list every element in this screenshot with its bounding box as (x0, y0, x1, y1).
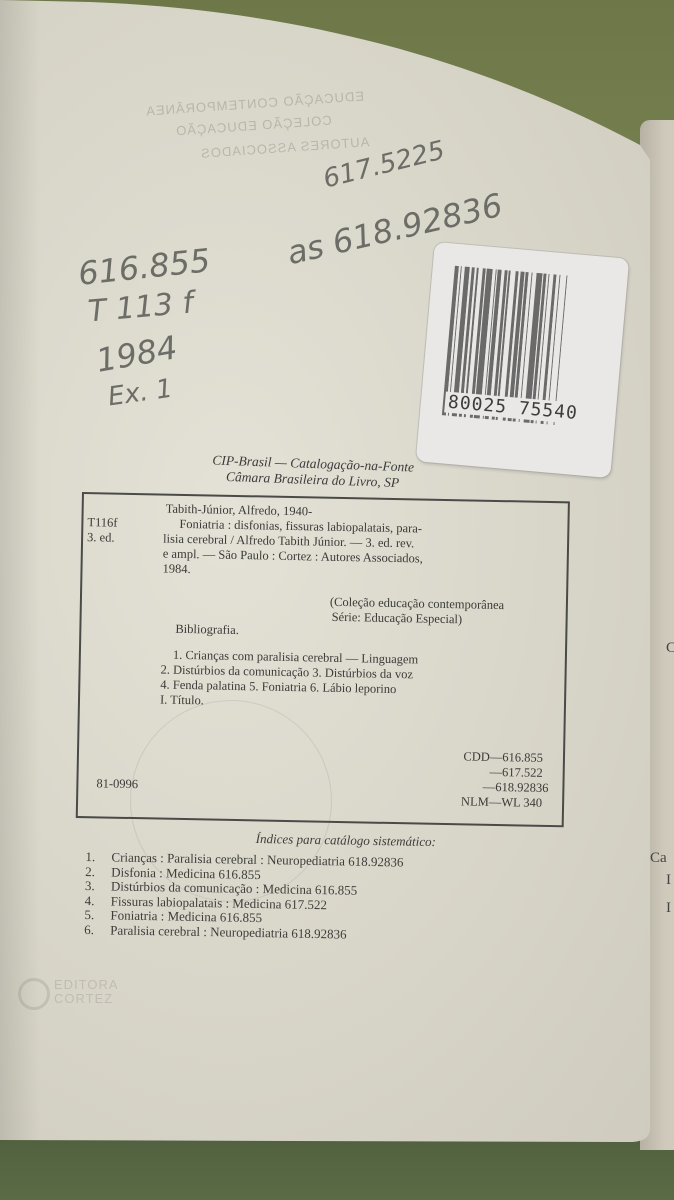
publisher-logo-icon (18, 978, 50, 1010)
card-classification: —617.522 (489, 765, 542, 781)
card-subject-line: I. Título. (160, 693, 204, 709)
card-call-number: T116f (87, 515, 117, 531)
cip-header: CIP-Brasil — Catalogação-na-Fonte Câmara… (212, 452, 415, 491)
index-number: 5. (84, 908, 110, 923)
next-page-glyph: Ca (650, 850, 667, 867)
card-number: 81-0996 (96, 776, 138, 792)
barcode-sticker: 80025 75540 (416, 242, 629, 478)
index-number: 6. (84, 922, 110, 937)
index-number: 1. (85, 850, 111, 865)
bleed-through-text: COLEÇÃO EDUCAÇÃO (175, 113, 333, 139)
bleed-through-text: AUTORES ASSOCIADOS (200, 134, 370, 161)
index-title: Índices para catálogo sistemático: (126, 829, 566, 853)
index-text: Paralisia cerebral : Neuropediatria 618.… (110, 923, 347, 942)
card-classification: CDD—616.855 (463, 749, 543, 766)
next-page-glyph: I (666, 872, 671, 889)
publisher-word: EDITORA (54, 978, 119, 992)
card-body-line: 1984. (162, 562, 190, 578)
publisher-word: CORTEZ (54, 992, 119, 1006)
handwritten-copy-number: Ex. 1 (106, 374, 174, 413)
card-classification: —618.92836 (483, 780, 549, 796)
page-gutter-shadow (0, 0, 40, 1142)
next-page-glyph: C (666, 640, 674, 657)
card-series: Série: Educação Especial) (331, 610, 462, 628)
next-page-glyph: I (666, 900, 671, 917)
handwritten-cutter-number: T 113 f (87, 285, 195, 329)
card-bibliography: Bibliografia. (175, 622, 239, 638)
systematic-index: Índices para catálogo sistemático: 1. Cr… (84, 828, 566, 945)
card-edition: 3. ed. (87, 530, 115, 546)
card-classification: NLM—WL 340 (461, 794, 542, 811)
catalog-card: Tabith-Júnior, Alfredo, 1940- T116f 3. e… (76, 492, 570, 827)
bleed-through-text: EDUCAÇÃO CONTEMPORÂNEA (145, 88, 365, 118)
index-number: 3. (85, 879, 111, 894)
handwritten-class-number: 616.855 (76, 241, 212, 293)
handwritten-year: 1984 (93, 328, 180, 380)
book-page: EDUCAÇÃO CONTEMPORÂNEA COLEÇÃO EDUCAÇÃO … (0, 0, 650, 1142)
